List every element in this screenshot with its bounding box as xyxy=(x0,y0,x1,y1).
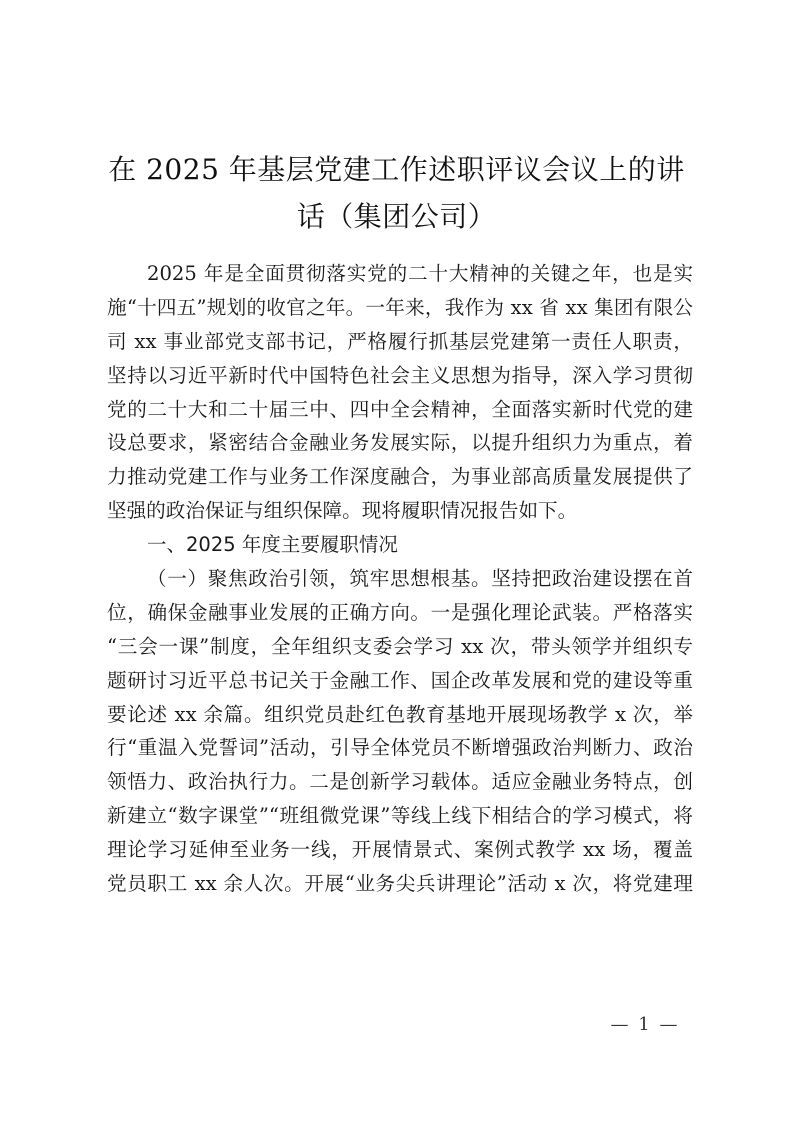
paragraph-line: 党的二十大和二十届三中、四中全会精神，全面落实新时代党的建 xyxy=(107,393,693,427)
paragraph-line: 力推动党建工作与业务工作深度融合，为事业部高质量发展提供了 xyxy=(107,460,693,494)
paragraph-line: 设总要求，紧密结合金融业务发展实际，以提升组织力为重点，着 xyxy=(107,426,693,460)
paragraph-line: 行“重温入党誓词”活动，引导全体党员不断增强政治判断力、政治 xyxy=(107,731,693,765)
paragraph-line: 领悟力、政治执行力。二是创新学习载体。适应金融业务特点，创 xyxy=(107,765,693,799)
sub-heading: （一）聚焦政治引领，筑牢思想根基。 xyxy=(147,567,491,590)
paragraph-line: 新建立“数字课堂”“班组微党课”等线上线下相结合的学习模式，将 xyxy=(107,799,693,833)
document-page: 在 2025 年基层党建工作述职评议会议上的讲 话（集团公司） 2025 年是全… xyxy=(0,0,793,1122)
document-title: 在 2025 年基层党建工作述职评议会议上的讲 话（集团公司） xyxy=(100,146,693,240)
paragraph-line: 党员职工 xx 余人次。开展“业务尖兵讲理论”活动 x 次，将党建理 xyxy=(107,867,693,901)
paragraph-line: 题研讨习近平总书记关于金融工作、国企改革发展和党的建设等重 xyxy=(107,664,693,698)
page-number: — 1 — xyxy=(600,1014,690,1035)
title-line-1: 在 2025 年基层党建工作述职评议会议上的讲 xyxy=(100,146,693,193)
paragraph-line: 理论学习延伸至业务一线，开展情景式、案例式教学 xx 场，覆盖 xyxy=(107,833,693,867)
paragraph-line: 施“十四五”规划的收官之年。一年来，我作为 xx 省 xx 集团有限公 xyxy=(107,291,693,325)
paragraph-text: 坚持把政治建设摆在首 xyxy=(491,567,693,590)
paragraph-line: 司 xx 事业部党支部书记，严格履行抓基层党建第一责任人职责， xyxy=(107,325,693,359)
paragraph-line: 坚持以习近平新时代中国特色社会主义思想为指导，深入学习贯彻 xyxy=(107,359,693,393)
paragraph-line: 2025 年是全面贯彻落实党的二十大精神的关键之年，也是实 xyxy=(107,257,693,291)
paragraph-line: （一）聚焦政治引领，筑牢思想根基。坚持把政治建设摆在首 xyxy=(107,562,693,596)
section-1-paragraph: （一）聚焦政治引领，筑牢思想根基。坚持把政治建设摆在首 位，确保金融事业发展的正… xyxy=(107,562,693,901)
paragraph-line: “三会一课”制度，全年组织支委会学习 xx 次，带头领学并组织专 xyxy=(107,630,693,664)
paragraph-line: 要论述 xx 余篇。组织党员赴红色教育基地开展现场教学 x 次，举 xyxy=(107,698,693,732)
paragraph-line: 坚强的政治保证与组织保障。现将履职情况报告如下。 xyxy=(107,494,693,528)
document-body: 2025 年是全面贯彻落实党的二十大精神的关键之年，也是实 施“十四五”规划的收… xyxy=(107,257,693,901)
intro-paragraph: 2025 年是全面贯彻落实党的二十大精神的关键之年，也是实 施“十四五”规划的收… xyxy=(107,257,693,528)
paragraph-line: 位，确保金融事业发展的正确方向。一是强化理论武装。严格落实 xyxy=(107,596,693,630)
title-line-2: 话（集团公司） xyxy=(100,193,693,240)
section-heading: 一、2025 年度主要履职情况 xyxy=(107,528,693,562)
